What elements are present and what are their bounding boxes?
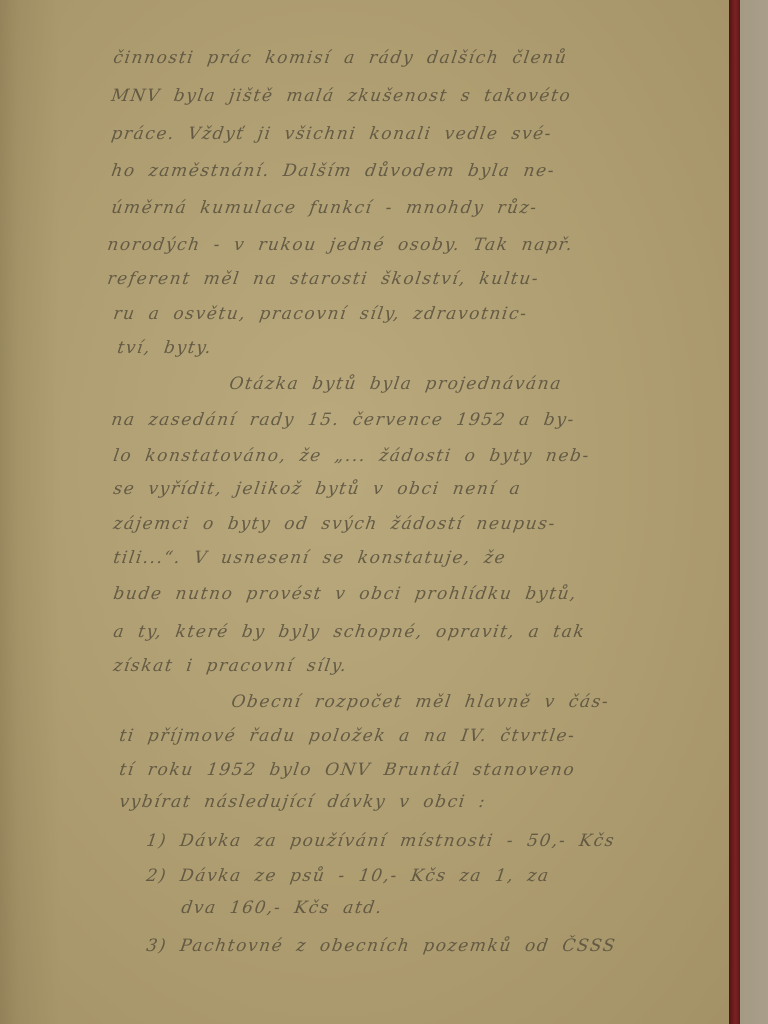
handwritten-line: Obecní rozpočet měl hlavně v čás- — [230, 692, 611, 712]
handwritten-line: zájemci o byty od svých žádostí neupus- — [112, 514, 557, 534]
handwritten-line: tí roku 1952 bylo ONV Bruntál stanoveno — [118, 760, 577, 780]
handwritten-line: ti příjmové řadu položek a na IV. čtvrtl… — [118, 726, 577, 746]
background-surface — [740, 0, 768, 1024]
document-page: činnosti prác komisí a rády dalších člen… — [0, 0, 729, 1024]
handwritten-line: bude nutno provést v obci prohlídku bytů… — [112, 584, 579, 604]
handwritten-line: 2) Dávka ze psů - 10,- Kčs za 1, za — [145, 866, 551, 886]
handwritten-line: MNV byla jiště malá zkušenost s takovéto — [110, 86, 573, 106]
handwritten-line: ru a osvětu, pracovní síly, zdravotnic- — [112, 304, 529, 324]
handwritten-line: získat i pracovní síly. — [112, 656, 349, 676]
handwritten-line: referent měl na starosti školství, kultu… — [106, 269, 541, 289]
red-binding-edge — [729, 0, 740, 1024]
handwritten-line: tili...“. V usnesení se konstatuje, že — [112, 548, 508, 568]
handwritten-line: činnosti prác komisí a rády dalších člen… — [112, 48, 569, 68]
handwritten-line: ho zaměstnání. Dalším důvodem byla ne- — [110, 161, 557, 181]
handwritten-line: lo konstatováno, že „... žádosti o byty … — [112, 446, 591, 466]
handwritten-line: úměrná kumulace funkcí - mnohdy růz- — [110, 198, 539, 218]
handwritten-line: práce. Vždyť ji všichni konali vedle své… — [110, 124, 554, 144]
handwritten-line: dva 160,- Kčs atd. — [180, 898, 384, 918]
handwritten-line: Otázka bytů byla projednávána — [228, 374, 563, 394]
handwritten-line: vybírat následující dávky v obci : — [118, 792, 488, 812]
handwritten-line: 1) Dávka za používání místnosti - 50,- K… — [145, 831, 617, 851]
handwritten-line: tví, byty. — [116, 338, 214, 358]
handwritten-line: norodých - v rukou jedné osoby. Tak např… — [106, 235, 575, 255]
handwritten-line: na zasedání rady 15. července 1952 a by- — [110, 410, 576, 430]
handwritten-line: se vyřídit, jelikož bytů v obci není a — [112, 479, 523, 499]
handwritten-line: a ty, které by byly schopné, opravit, a … — [112, 622, 587, 642]
handwritten-text-block: činnosti prác komisí a rády dalších člen… — [0, 0, 729, 1024]
handwritten-line: 3) Pachtovné z obecních pozemků od ČSSS — [145, 936, 618, 956]
